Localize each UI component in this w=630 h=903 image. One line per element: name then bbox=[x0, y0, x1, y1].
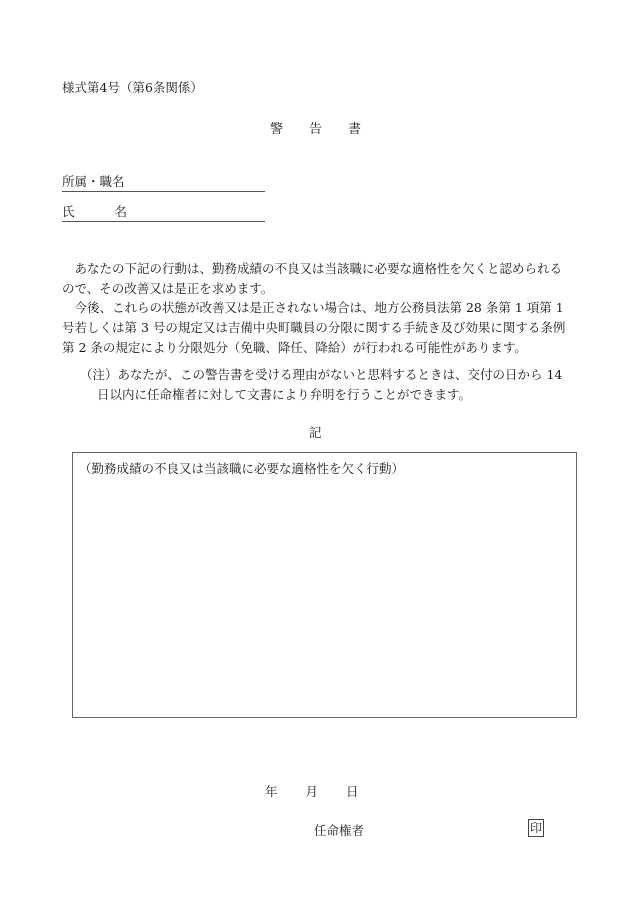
document-title: 警告書 bbox=[270, 118, 361, 137]
affiliation-label: 所属・職名 bbox=[62, 174, 125, 189]
ki-heading: 記 bbox=[309, 423, 322, 441]
date-month: 月 bbox=[306, 782, 319, 800]
form-number-label: 様式第4号（第6条関係） bbox=[62, 78, 203, 96]
box-label: （勤務成績の不良又は当該職に必要な適格性を欠く行動） bbox=[79, 459, 404, 477]
name-label-second: 名 bbox=[115, 204, 128, 219]
behavior-description-box[interactable]: （勤務成績の不良又は当該職に必要な適格性を欠く行動） bbox=[72, 452, 577, 718]
title-char: 警 bbox=[270, 118, 283, 137]
date-line: 年月日 bbox=[265, 782, 359, 800]
affiliation-field[interactable]: 所属・職名 bbox=[62, 174, 265, 192]
title-char: 告 bbox=[309, 118, 322, 137]
appointer-label: 任命権者 bbox=[314, 821, 364, 839]
paragraph-request: あなたの下記の行動は、勤務成績の不良又は当該職に必要な適格性を欠くと認められるの… bbox=[62, 259, 572, 299]
paragraph-warning: 今後、これらの状態が改善又は是正されない場合は、地方公務員法第 28 条第 1 … bbox=[62, 298, 572, 358]
seal-icon: 印 bbox=[528, 819, 544, 837]
note-line-1: （注）あなたが、この警告書を受ける理由がないと思料するときは、交付の日から 14 bbox=[80, 367, 562, 382]
date-year: 年 bbox=[265, 782, 278, 800]
note-line-2: 日以内に任命権者に対して文書により弁明を行うことができます。 bbox=[80, 385, 576, 405]
title-char: 書 bbox=[348, 118, 361, 137]
note-block: （注）あなたが、この警告書を受ける理由がないと思料するときは、交付の日から 14… bbox=[80, 365, 576, 405]
name-field[interactable]: 氏名 bbox=[62, 204, 265, 222]
name-label-first: 氏 bbox=[62, 204, 75, 219]
date-day: 日 bbox=[346, 782, 359, 800]
